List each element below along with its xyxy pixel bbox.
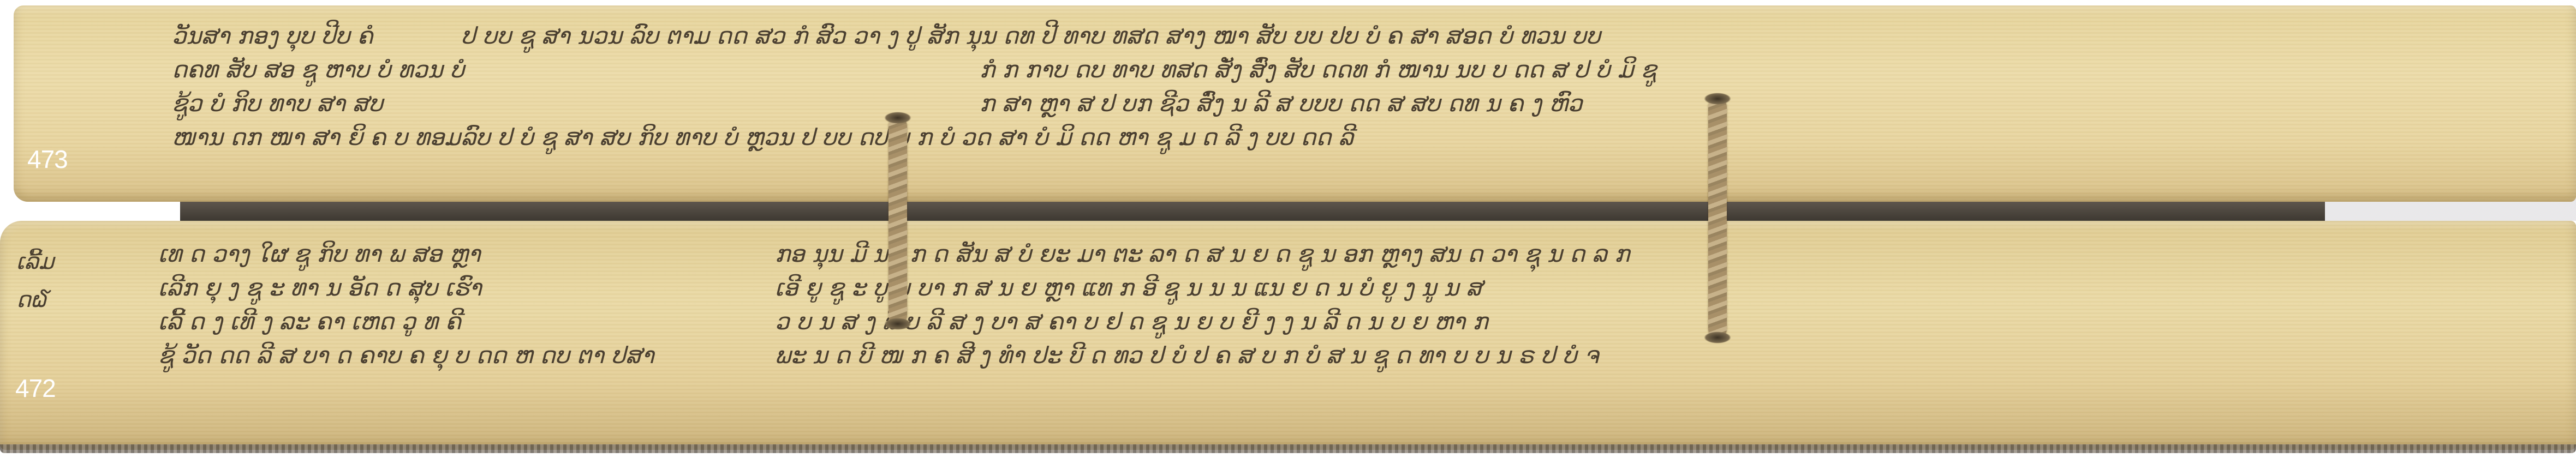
text-column-right: ກອ ນຸນ ມີ ນວ ກ ດ ສັນ ສ ບໍ ຍະ ມາ ຕະ ລາ ດ … [775,237,2543,372]
text-line: ໜານ ດກ ໜາ ສາ ຍິ ຄ ບ ທອມ [172,120,464,154]
margin-note: ເລີ້ມ ດ໖ [16,243,54,319]
palm-leaf-473: 473 ວັນສາ ກອງ ບຸບ ປີບ ຄໍ ດຄທ ສັບ ສອ ຊູ ຫ… [14,5,2576,202]
text-line: ຊູ້ ວັດ ດດ ລີ ສ ບາ ດ ຄາບ ຄ ຍຸ ບ ດດ ຫ ດບ … [158,339,654,372]
margin-note-line: ດ໖ [16,281,54,319]
text-line: ຊູ້ວ ບໍ ກິບ ທາບ ສາ ສບ [172,87,464,120]
text-line: ເອີ ຍູ ຊູ ະ ບູ ນ ບາ ກ ສ ນ ຍ ຫຼາ ແທ ກ ອີ … [775,271,2543,305]
text-line: ດຄທ ສັບ ສອ ຊູ ຫາບ ບໍ ທວນ ບໍ [172,53,464,87]
leaf-number: 472 [15,373,56,403]
binding-cord-right [1708,98,1727,338]
margin-note-line: ເລີ້ມ [16,243,54,281]
text-line: ພະ ນ ດ ບີ ໜ ກ ຄ ສີ ງ ທຳ ປະ ບີ ດ ທວ ປ ບໍ … [775,339,2543,372]
text-line: ກອ ນຸນ ມີ ນວ ກ ດ ສັນ ສ ບໍ ຍະ ມາ ຕະ ລາ ດ … [775,237,2543,271]
text-line: ເລີກ ຍຸ ງ ຊູ ະ ທາ ນ ອັດ ດ ສຸບ ເຮົາ [158,271,654,305]
text-line: ກໍ ກ ກາບ ດບ ທາບ ທສດ ສັ່ງ ສົ່ງ ສັບ ດດທ ກໍ… [461,53,2546,87]
text-line: ວ ບ ນ ສ ງ ລິ ບ ລີ ສ ງ ບາ ສ ຄາ ບ ຢ ດ ຊູ ນ… [775,305,2543,339]
text-line: ເທ ດ ວາງ ໃຜ ຊູ ກິບ ທາ ພ ສອ ຫຼາ [158,237,654,271]
text-line: ວັນສາ ກອງ ບຸບ ປີບ ຄໍ [172,19,464,53]
text-column-left: ວັນສາ ກອງ ບຸບ ປີບ ຄໍ ດຄທ ສັບ ສອ ຊູ ຫາບ ບ… [172,19,464,154]
text-line: ກ ສາ ຫຼາ ສ ປ ບກ ຊີວ ສົ່ງ ນ ລີ ສ ບບບ ດດ ສ… [461,87,2546,120]
binding-cord-left [889,117,907,324]
text-line: ລົບ ປ ບໍ ຊູ ສາ ສບ ກິບ ທາບ ບໍ ຫຼວນ ປ ບບ ດ… [461,120,2546,154]
palm-leaf-472: ເລີ້ມ ດ໖ 472 ເທ ດ ວາງ ໃຜ ຊູ ກິບ ທາ ພ ສອ … [0,221,2576,450]
text-line: ເລີ້ ດ ງ ເທີ ງ ລະ ຄາ ເຫດ ວູ ທ ຄີ [158,305,654,339]
leaf-number: 473 [27,144,68,174]
text-line: ປ ບບ ຊູ ສາ ນວນ ລົບ ຕາມ ດດ ສວ ກໍ ສົວ ວາ ງ… [461,19,2546,53]
text-column-left: ເທ ດ ວາງ ໃຜ ຊູ ກິບ ທາ ພ ສອ ຫຼາ ເລີກ ຍຸ ງ… [158,237,654,372]
text-column-right: ປ ບບ ຊູ ສາ ນວນ ລົບ ຕາມ ດດ ສວ ກໍ ສົວ ວາ ງ… [461,19,2546,154]
